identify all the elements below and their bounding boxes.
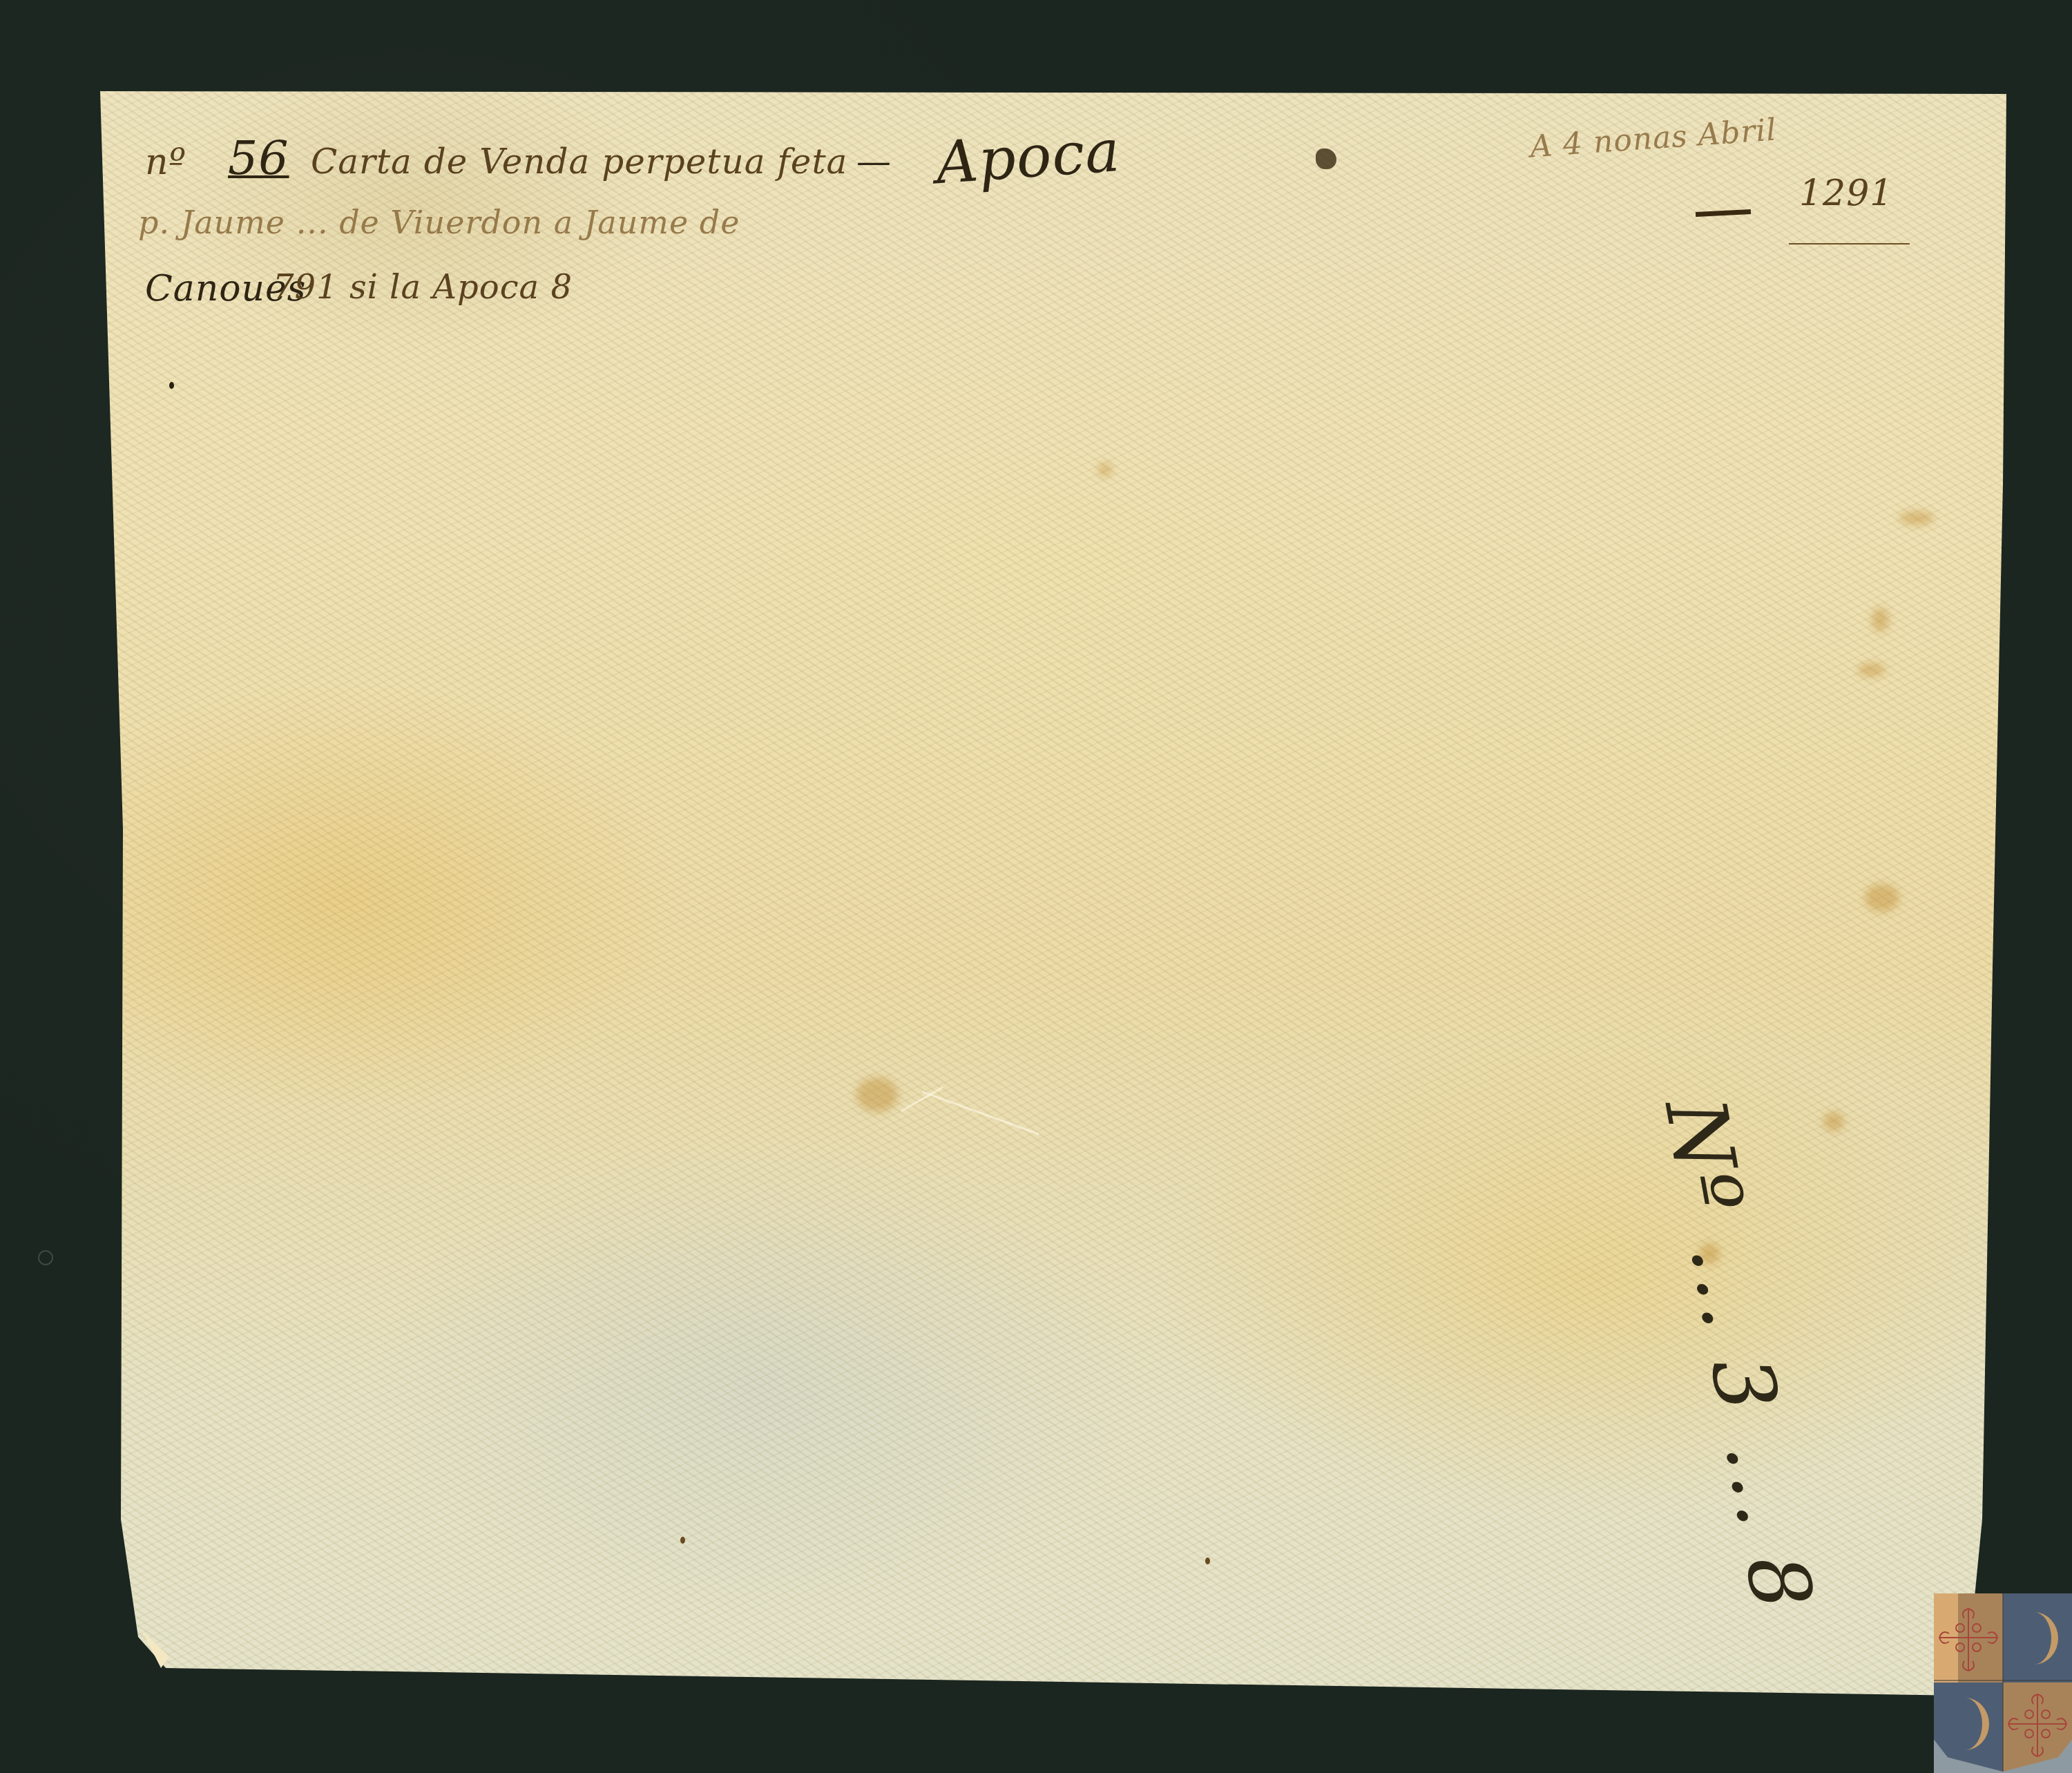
heraldic-shield-watermark (1934, 1593, 2072, 1773)
title-separator: — (856, 142, 892, 182)
stain (1098, 463, 1112, 477)
reference-line: 791 si la Apoca 8 (273, 268, 573, 307)
document-category: Apoca (934, 117, 1122, 197)
stain (856, 1077, 898, 1112)
ink-speck (169, 382, 174, 389)
cross-fleury-icon (2003, 1683, 2072, 1772)
stain (1823, 1112, 1844, 1131)
stain (1872, 608, 1889, 632)
stain (1899, 511, 1934, 525)
shield-quarter-bottom-left (1934, 1683, 2003, 1772)
stain (1858, 663, 1886, 677)
crescent-moon-icon (1934, 1683, 2003, 1772)
shield-quarter-top-left (1934, 1593, 2003, 1683)
year: 1291 (1799, 173, 1893, 214)
shield-divider (2002, 1593, 2004, 1772)
document-number: 56 (228, 131, 289, 186)
number-prefix: nº (145, 142, 186, 183)
stain (1865, 884, 1899, 912)
parchment-sheet: nº 56 Carta de Venda perpetua feta — Apo… (0, 0, 2072, 1773)
shield-quarter-bottom-right (2003, 1683, 2072, 1772)
ink-speck (680, 1537, 685, 1544)
ink-smudge (1316, 148, 1336, 169)
shield-divider (1934, 1680, 2072, 1681)
document-title: Carta de Venda perpetua feta (311, 142, 847, 182)
cross-fleury-icon (1934, 1593, 2003, 1683)
shield-quarter-top-right (2003, 1593, 2072, 1683)
parties-line: p. Jaume ... de Viuerdon a Jaume de (138, 204, 740, 241)
year-underline (1789, 243, 1910, 245)
ink-speck (1205, 1558, 1210, 1564)
crescent-moon-icon (2003, 1593, 2072, 1683)
